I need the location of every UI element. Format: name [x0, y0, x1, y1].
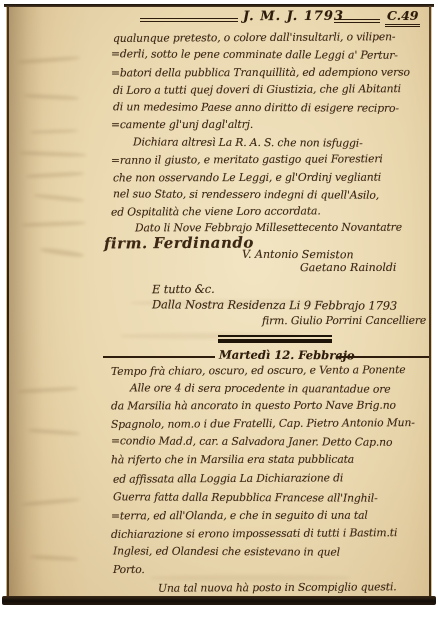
book-edge-right [429, 6, 431, 598]
manuscript-scan: J. M. J. 1793 C.49 qualunque pretesto, o… [0, 0, 438, 620]
manuscript-line: =batori della pubblica Tranquillità, ed … [111, 66, 410, 80]
manuscript-line: da Marsilia hà ancorato in questo Porto … [111, 399, 396, 413]
section-divider [218, 335, 332, 343]
manuscript-line: ed affissata alla Loggia La Dichiarazion… [113, 471, 343, 485]
folio-number: C.49 [385, 8, 420, 27]
manuscript-line: dichiarazione si erono impossessati di t… [111, 526, 397, 541]
manuscript-line: Porto. [113, 563, 145, 576]
book-edge-bottom [2, 596, 436, 605]
manuscript-line: Guerra fatta dalla Repubblica Francese a… [113, 490, 378, 504]
manuscript-line: Dichiara altresì La R. A. S. che non isf… [133, 135, 363, 149]
manuscript-line: che non osservando Le Leggi, e gl'Ordinj… [113, 171, 381, 185]
manuscript-line: Spagnolo, nom.o i due Fratelli, Cap. Pie… [111, 416, 415, 431]
entry-heading: Martedì 12. Febbrajo [219, 348, 355, 363]
manuscript-line: ed Ospitalità che viene Loro accordata. [111, 204, 321, 218]
manuscript-line: di un medesimo Paese anno diritto di esi… [113, 100, 399, 114]
manuscript-line: =derli, sotto le pene comminate dalle Le… [111, 47, 398, 62]
manuscript-line: Una tal nuova hà posto in Scompiglio que… [158, 580, 397, 594]
page-title: J. M. J. 1793 [243, 9, 344, 24]
signature-rainoldi: Gaetano Rainoldi [300, 261, 396, 274]
heading-rule-left [103, 356, 215, 358]
closing-formula: E tutto &c. [152, 282, 215, 296]
manuscript-line: =condio Mad.d, car. a Salvadora Janer. D… [111, 434, 392, 448]
chancellor-signature: firm. Giulio Porrini Cancelliere [262, 314, 426, 327]
manuscript-line: nel suo Stato, si rendessero indegni di … [113, 187, 379, 201]
manuscript-line: Tempo frà chiaro, oscuro, ed oscuro, e V… [111, 363, 406, 378]
manuscript-line: hà riferto che in Marsilia era stata pub… [111, 453, 354, 467]
signature-ferdinando: firm. Ferdinando [104, 234, 254, 253]
manuscript-line: =terra, ed all'Olanda, e che in seguito … [111, 509, 368, 523]
book-edge-top [4, 4, 434, 7]
manuscript-line: qualunque pretesto, o colore dall'insult… [113, 30, 395, 45]
residence-line: Dalla Nostra Residenza Li 9 Febbrajo 179… [152, 297, 397, 312]
manuscript-line: Inglesi, ed Olandesi che esistevano in q… [113, 544, 340, 558]
signature-semiston: V. Antonio Semiston [242, 248, 354, 262]
manuscript-line: di Loro a tutti quej doveri di Giustizia… [113, 82, 401, 97]
book-binding-edge [7, 6, 9, 598]
manuscript-line: =ranno il giusto, e meritato gastigo que… [111, 152, 383, 167]
header-rule-right [334, 19, 380, 23]
manuscript-line: =camente gl'unj dagl'altrj. [111, 118, 253, 131]
manuscript-line: Alle ore 4 di sera procedente in quarant… [130, 381, 391, 395]
header-rule-left [140, 18, 238, 22]
dateline: Dato li Nove Febbrajo Millesettecento No… [135, 221, 402, 235]
heading-rule-right [337, 356, 430, 358]
